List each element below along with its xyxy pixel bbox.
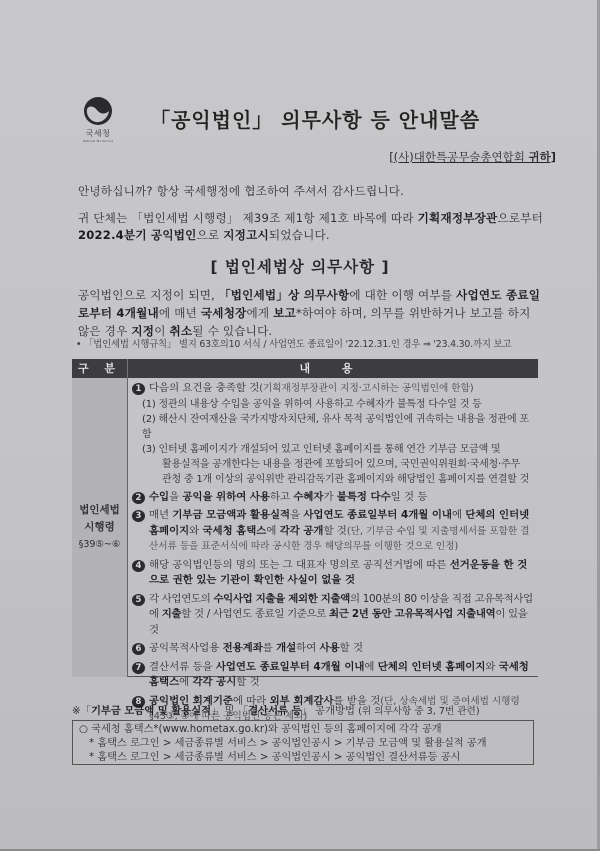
text: 되었습니다. bbox=[269, 228, 330, 242]
header-content: 내 용 bbox=[128, 359, 538, 378]
obligation-item-3: 3 매년 기부금 모금액과 활용실적을 사업연도 종료일부터 4개월 이내에 단… bbox=[132, 508, 534, 555]
text-small: (기획재정부장관이 지정·고시하는 공익법인에 한함) bbox=[259, 383, 473, 394]
logo-name: 국세청 bbox=[78, 128, 118, 139]
sub-item: (2) 해산시 잔여재산을 국가지방자치단체, 유사 목적 공익법인에 귀속하는… bbox=[132, 412, 534, 442]
text: 에 bbox=[266, 525, 279, 537]
disclosure-path: * 홈택스 로그인 > 세금종류별 서비스 > 공익법인공시 > 기부금 모금액… bbox=[79, 737, 527, 751]
text: 에 bbox=[452, 509, 465, 521]
text: 공익법인으로 지정이 되면, bbox=[78, 288, 219, 302]
text-bold: 국세청 홈택스 bbox=[203, 525, 267, 537]
designation-paragraph: 귀 단체는 「법인세법 시행령」 제39조 제1항 제1호 바목에 따라 기획재… bbox=[78, 210, 544, 244]
text: 을 bbox=[290, 509, 303, 521]
text-bold: 사용 bbox=[320, 642, 340, 654]
logo-subtitle: National Tax Service bbox=[78, 139, 118, 143]
text: 각 사업연도의 bbox=[149, 593, 213, 605]
disclosure-note: ※「기부금 모금액 및 활용실적」 및 「결산서류 등」 공개방법 (위 의무사… bbox=[72, 702, 542, 717]
sub-item-continued: 관청 중 1개 이상의 공익위반 관리감독기관 홈페이지와 해당법인 홈페이지를… bbox=[132, 472, 534, 487]
table-body: 법인세법 시행령 §39⑤~⑥ 1 다음의 요건을 충족할 것(기획재정부장관이… bbox=[72, 378, 538, 677]
text: 에 bbox=[364, 661, 377, 673]
disclosure-path: * 홈택스 로그인 > 세금종류별 서비스 > 공익법인공시 > 공익법인 결산… bbox=[79, 751, 527, 765]
text: 에게 bbox=[247, 306, 274, 320]
text: 할 것 bbox=[236, 676, 259, 688]
category-line: 시행령 bbox=[84, 519, 114, 536]
text: 공익목적사업용 bbox=[149, 642, 223, 654]
text-bold: 기획재정부장관 bbox=[418, 211, 498, 225]
text: 가 bbox=[323, 491, 336, 503]
number-badge: 3 bbox=[132, 510, 145, 522]
document-page: 국세청 National Tax Service 「공익법인」 의무사항 등 안… bbox=[0, 0, 600, 851]
text-bold: 기부금 모금액과 활용실적 bbox=[172, 509, 290, 521]
recipient-suffix: 귀하] bbox=[529, 150, 556, 164]
obligations-table: 구 분 내 용 법인세법 시행령 §39⑤~⑥ 1 다음의 요건을 충족할 것(… bbox=[72, 359, 538, 677]
greeting: 안녕하십니까? 항상 국세행정에 협조하여 주셔서 감사드립니다. bbox=[78, 183, 544, 200]
sub-item: (1) 정관의 내용상 수입을 공익을 위하여 사용하고 수혜자가 불특정 다수… bbox=[132, 397, 534, 412]
obligation-item-5: 5 각 사업연도의 수익사업 지출을 제외한 지출액의 100분의 80 이상을… bbox=[132, 592, 534, 639]
text: 귀 단체는 「법인세법 시행령」 제39조 제1항 제1호 바목에 따라 bbox=[78, 211, 418, 225]
document-title: 「공익법인」 의무사항 등 안내말씀 bbox=[150, 104, 530, 133]
item-text: 매년 기부금 모금액과 활용실적을 사업연도 종료일부터 4개월 이내에 단체의… bbox=[149, 508, 534, 555]
text: 에 매년 bbox=[159, 306, 201, 320]
text-bold: 각각 공시 bbox=[192, 676, 236, 688]
section-title: [ 법인세법상 의무사항 ] bbox=[0, 255, 600, 277]
text: 에 대한 이행 여부를 bbox=[349, 288, 456, 302]
item-text: 해당 공익법인등의 명의 또는 그 대표자 명의로 공직선거법에 따른 선거운동… bbox=[149, 558, 534, 589]
text: 매년 bbox=[149, 509, 172, 521]
text-bold: 최근 2년 동안 고유목적사업 지출내역 bbox=[329, 608, 495, 620]
text-bold: 개설 bbox=[276, 642, 296, 654]
text: 일 것 등 bbox=[391, 491, 428, 503]
text: 」 및 「 bbox=[211, 705, 248, 717]
text-bold: 사업연도 종료일부터 4개월 이내 bbox=[303, 509, 452, 521]
number-badge: 2 bbox=[132, 492, 145, 504]
text: 할 것 bbox=[340, 642, 363, 654]
number-badge: 7 bbox=[132, 662, 145, 674]
taegeuk-emblem-icon bbox=[83, 96, 113, 126]
item-text: 수입을 공익을 위하여 사용하고 수혜자가 불특정 다수일 것 등 bbox=[149, 490, 427, 506]
header-category: 구 분 bbox=[72, 359, 128, 378]
text-bold: 보고 bbox=[273, 306, 296, 320]
item-text: 공익목적사업용 전용계좌를 개설하여 사용할 것 bbox=[149, 641, 363, 657]
text: 할 것 bbox=[323, 525, 346, 537]
number-badge: 5 bbox=[132, 594, 145, 606]
sub-item: (3) 인터넷 홈페이지가 개설되어 있고 인터넷 홈페이지를 통해 연간 기부… bbox=[132, 442, 534, 457]
text: 해당 공익법인등의 명의 또는 그 대표자 명의로 공직선거법에 따른 bbox=[149, 559, 450, 571]
number-badge: 4 bbox=[132, 560, 145, 572]
item-text: 각 사업연도의 수익사업 지출을 제외한 지출액의 100분의 80 이상을 직… bbox=[149, 592, 534, 639]
content-cell: 1 다음의 요건을 충족할 것(기획재정부장관이 지정·고시하는 공익법인에 한… bbox=[128, 378, 538, 677]
text: 하여 bbox=[296, 642, 319, 654]
obligation-item-7: 7 결산서류 등을 사업연도 종료일부터 4개월 이내에 단체의 인터넷 홈페이… bbox=[132, 660, 534, 691]
text: 하고 bbox=[270, 491, 293, 503]
text-bold: 공익을 위하여 사용 bbox=[182, 491, 270, 503]
text-bold: 국세청장 bbox=[201, 306, 247, 320]
text-bold: 수익사업 지출을 제외한 지출액 bbox=[213, 593, 350, 605]
obligation-item-2: 2 수입을 공익을 위하여 사용하고 수혜자가 불특정 다수일 것 등 bbox=[132, 490, 534, 506]
item-text: 다음의 요건을 충족할 것(기획재정부장관이 지정·고시하는 공익법인에 한함) bbox=[149, 381, 474, 397]
text-bold: 단체의 인터넷 홈페이지 bbox=[378, 661, 486, 673]
category-line: 법인세법 bbox=[79, 502, 120, 519]
text-bold: 기부금 모금액 및 활용실적 bbox=[91, 705, 211, 717]
text-bold: 지정고시 bbox=[223, 228, 269, 242]
disclosure-main: ○ 국세청 홈택스*(www.hometax.go.kr)와 공익법인 등의 홈… bbox=[79, 723, 527, 737]
recipient: [(사)대한특공무술총연합회 귀하] bbox=[389, 149, 556, 165]
text-bold: 불특정 다수 bbox=[337, 491, 391, 503]
text: 와 bbox=[485, 661, 498, 673]
text: 결산서류 등을 bbox=[149, 661, 216, 673]
text-bold: 「법인세법」상 의무사항 bbox=[219, 288, 349, 302]
recipient-org: [(사)대한특공무술총연합회 bbox=[389, 150, 525, 164]
sub-items: (1) 정관의 내용상 수입을 공익을 위하여 사용하고 수혜자가 불특정 다수… bbox=[132, 397, 534, 487]
text-bold: 수혜자 bbox=[293, 491, 323, 503]
text: 으로 bbox=[197, 228, 224, 242]
text: 으로부터 bbox=[497, 211, 543, 225]
obligation-item-1: 1 다음의 요건을 충족할 것(기획재정부장관이 지정·고시하는 공익법인에 한… bbox=[132, 381, 534, 397]
text: 을 bbox=[169, 491, 182, 503]
text-bold: 2022.4분기 공익법인 bbox=[78, 228, 197, 242]
text: 다음의 요건을 충족할 것 bbox=[149, 382, 259, 394]
disclosure-box: ○ 국세청 홈택스*(www.hometax.go.kr)와 공익법인 등의 홈… bbox=[72, 720, 534, 765]
number-badge: 1 bbox=[132, 383, 145, 395]
text-bold: 사업연도 종료일부터 4개월 이내 bbox=[216, 661, 365, 673]
table-header: 구 분 내 용 bbox=[72, 359, 538, 378]
text-small: (위 의무사항 중 3, 7번 관련) bbox=[358, 706, 479, 717]
text: 할 것 / 사업연도 종료일 기준으로 bbox=[181, 608, 329, 620]
text: 를 bbox=[263, 642, 276, 654]
text-bold: 각각 공개 bbox=[280, 525, 324, 537]
text-bold: 결산서류 등 bbox=[248, 705, 301, 717]
text-bold: 지출 bbox=[162, 608, 181, 620]
report-footnote: • 「법인세법 시행규칙」 별지 63호의10 서식 / 사업연도 종료일이 '… bbox=[76, 336, 556, 350]
category-section-ref: §39⑤~⑥ bbox=[79, 536, 121, 553]
number-badge: 6 bbox=[132, 643, 145, 655]
item-text: 결산서류 등을 사업연도 종료일부터 4개월 이내에 단체의 인터넷 홈페이지와… bbox=[149, 660, 534, 691]
text: ※「 bbox=[72, 705, 91, 717]
obligation-item-4: 4 해당 공익법인등의 명의 또는 그 대표자 명의로 공직선거법에 따른 선거… bbox=[132, 558, 534, 589]
text: 에 bbox=[179, 676, 192, 688]
obligation-intro: 공익법인으로 지정이 되면, 「법인세법」상 의무사항에 대한 이행 여부를 사… bbox=[78, 286, 544, 340]
text: 」 공개방법 bbox=[302, 705, 355, 717]
category-cell: 법인세법 시행령 §39⑤~⑥ bbox=[72, 378, 128, 677]
obligation-item-6: 6 공익목적사업용 전용계좌를 개설하여 사용할 것 bbox=[132, 641, 534, 657]
text: 와 bbox=[189, 525, 202, 537]
nts-logo: 국세청 National Tax Service bbox=[78, 96, 118, 148]
text-bold: 수입 bbox=[149, 491, 169, 503]
text-bold: 전용계좌 bbox=[223, 642, 263, 654]
sub-item-continued: 활용실적을 공개한다는 내용을 정관에 포함되어 있으며, 국민권익위원회·국세… bbox=[132, 457, 534, 472]
